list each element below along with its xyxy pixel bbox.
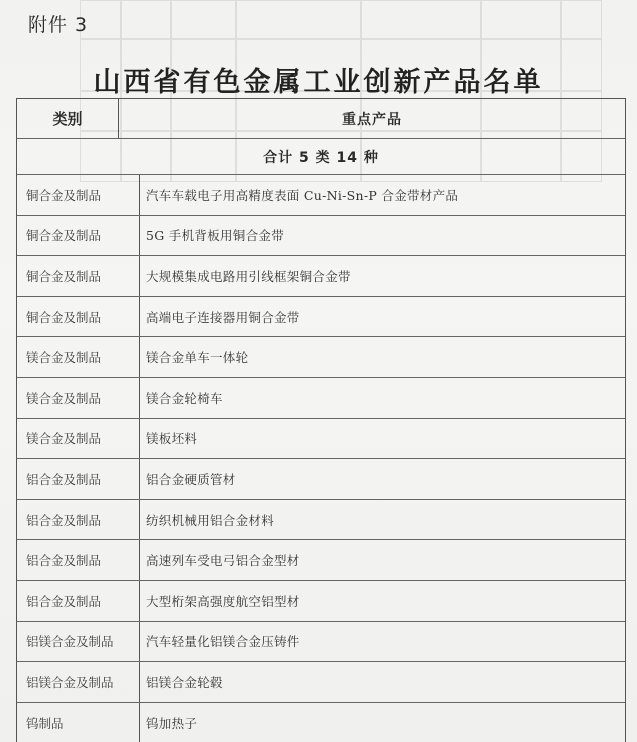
- table-row: 铝合金及制品 铝合金硬质管材: [17, 459, 625, 500]
- table-header-row: 类别 重点产品: [17, 99, 625, 139]
- product-cell: 汽车车载电子用高精度表面 Cu-Ni-Sn-P 合金带材产品: [140, 175, 625, 215]
- category-cell: 铝合金及制品: [17, 581, 140, 621]
- table-total-row: 合计 5 类 14 种: [17, 139, 625, 175]
- table-row: 铝镁合金及制品 铝镁合金轮毂: [17, 662, 625, 703]
- category-cell: 铝镁合金及制品: [17, 622, 140, 662]
- category-cell: 镁合金及制品: [17, 337, 140, 377]
- product-cell: 高端电子连接器用铜合金带: [140, 297, 625, 337]
- header-category: 类别: [17, 99, 119, 138]
- table-row: 铝合金及制品 纺织机械用铝合金材料: [17, 500, 625, 541]
- product-cell: 镁板坯料: [140, 419, 625, 459]
- table-row: 铜合金及制品 5G 手机背板用铜合金带: [17, 216, 625, 257]
- table-row: 镁合金及制品 镁合金单车一体轮: [17, 337, 625, 378]
- document-page: 附件 3 山西省有色金属工业创新产品名单 类别 重点产品 合计 5 类 14 种…: [0, 0, 637, 742]
- category-cell: 钨制品: [17, 703, 140, 742]
- category-cell: 铝合金及制品: [17, 540, 140, 580]
- table-row: 铝合金及制品 大型桁架高强度航空铝型材: [17, 581, 625, 622]
- category-cell: 铝合金及制品: [17, 500, 140, 540]
- table-row: 镁合金及制品 镁板坯料: [17, 419, 625, 460]
- document-title: 山西省有色金属工业创新产品名单: [0, 60, 637, 99]
- table-row: 镁合金及制品 镁合金轮椅车: [17, 378, 625, 419]
- table-row: 铝镁合金及制品 汽车轻量化铝镁合金压铸件: [17, 622, 625, 663]
- category-cell: 铜合金及制品: [17, 297, 140, 337]
- attachment-label: 附件 3: [28, 10, 88, 37]
- header-product: 重点产品: [119, 99, 625, 138]
- product-cell: 镁合金单车一体轮: [140, 337, 625, 377]
- product-cell: 大规模集成电路用引线框架铜合金带: [140, 256, 625, 296]
- product-cell: 钨加热子: [140, 703, 625, 742]
- product-table: 类别 重点产品 合计 5 类 14 种 铜合金及制品 汽车车载电子用高精度表面 …: [16, 98, 626, 742]
- category-cell: 镁合金及制品: [17, 419, 140, 459]
- category-cell: 镁合金及制品: [17, 378, 140, 418]
- product-cell: 铝合金硬质管材: [140, 459, 625, 499]
- table-row: 铜合金及制品 高端电子连接器用铜合金带: [17, 297, 625, 338]
- category-cell: 铜合金及制品: [17, 256, 140, 296]
- category-cell: 铝镁合金及制品: [17, 662, 140, 702]
- table-row: 铝合金及制品 高速列车受电弓铝合金型材: [17, 540, 625, 581]
- category-cell: 铜合金及制品: [17, 216, 140, 256]
- product-cell: 铝镁合金轮毂: [140, 662, 625, 702]
- product-cell: 镁合金轮椅车: [140, 378, 625, 418]
- product-cell: 5G 手机背板用铜合金带: [140, 216, 625, 256]
- product-cell: 纺织机械用铝合金材料: [140, 500, 625, 540]
- table-row: 铜合金及制品 汽车车载电子用高精度表面 Cu-Ni-Sn-P 合金带材产品: [17, 175, 625, 216]
- category-cell: 铝合金及制品: [17, 459, 140, 499]
- product-cell: 高速列车受电弓铝合金型材: [140, 540, 625, 580]
- table-row: 铜合金及制品 大规模集成电路用引线框架铜合金带: [17, 256, 625, 297]
- table-row: 钨制品 钨加热子: [17, 703, 625, 742]
- product-cell: 大型桁架高强度航空铝型材: [140, 581, 625, 621]
- category-cell: 铜合金及制品: [17, 175, 140, 215]
- product-cell: 汽车轻量化铝镁合金压铸件: [140, 622, 625, 662]
